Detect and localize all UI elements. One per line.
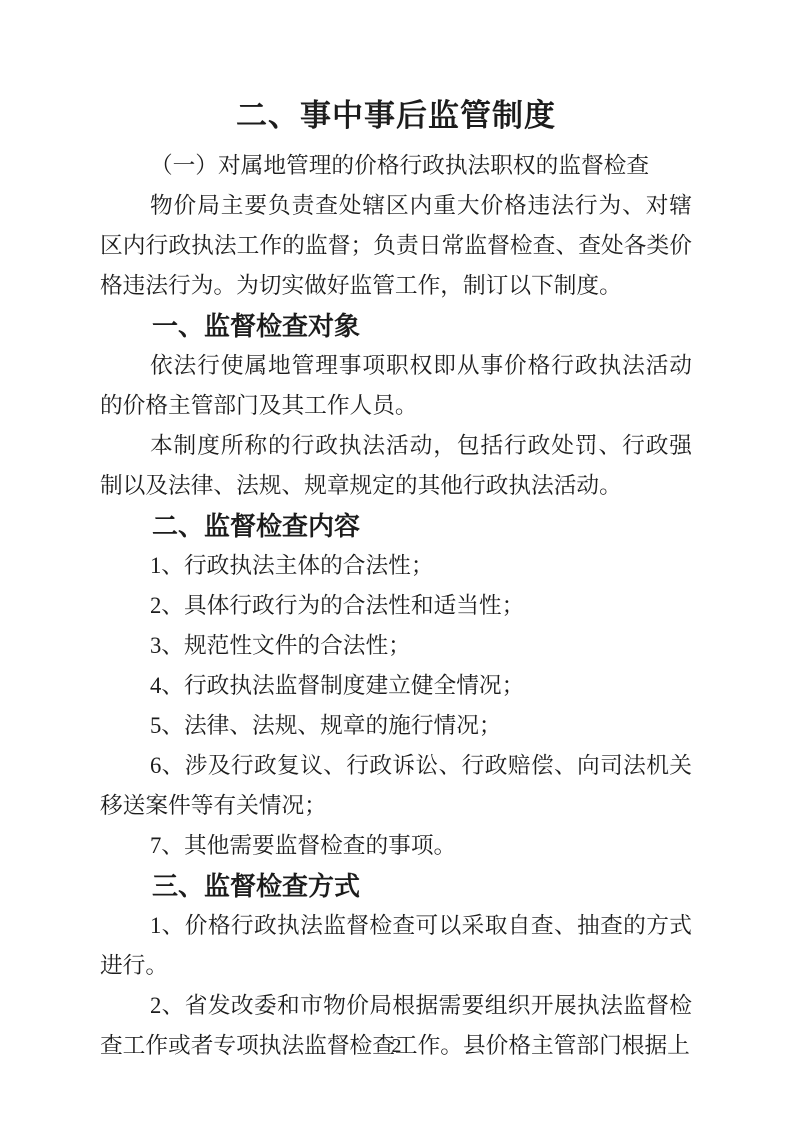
list-item-7: 7、其他需要监督检查的事项。 xyxy=(100,826,692,866)
page-number: 2 xyxy=(0,1032,793,1060)
document-page: 二、事中事后监管制度 （一）对属地管理的价格行政执法职权的监督检查 物价局主要负… xyxy=(0,0,793,1122)
list-item-6: 6、涉及行政复议、行政诉讼、行政赔偿、向司法机关移送案件等有关情况； xyxy=(100,746,692,826)
list-item-3: 3、规范性文件的合法性； xyxy=(100,626,692,666)
list-item-2: 2、具体行政行为的合法性和适当性； xyxy=(100,586,692,626)
paragraph-intro: 物价局主要负责查处辖区内重大价格违法行为、对辖区内行政执法工作的监督；负责日常监… xyxy=(100,186,692,306)
paragraph-targets-1: 依法行使属地管理事项职权即从事价格行政执法活动的价格主管部门及其工作人员。 xyxy=(100,346,692,426)
document-body: 二、事中事后监管制度 （一）对属地管理的价格行政执法职权的监督检查 物价局主要负… xyxy=(100,94,692,1066)
section-subtitle: （一）对属地管理的价格行政执法职权的监督检查 xyxy=(100,146,692,186)
heading-supervision-content: 二、监督检查内容 xyxy=(100,506,692,546)
list-item-4: 4、行政执法监督制度建立健全情况； xyxy=(100,666,692,706)
heading-supervision-methods: 三、监督检查方式 xyxy=(100,866,692,906)
heading-supervision-targets: 一、监督检查对象 xyxy=(100,306,692,346)
list-item-1: 1、行政执法主体的合法性； xyxy=(100,546,692,586)
paragraph-method-1: 1、价格行政执法监督检查可以采取自查、抽查的方式进行。 xyxy=(100,906,692,986)
list-item-5: 5、法律、法规、规章的施行情况； xyxy=(100,706,692,746)
document-title: 二、事中事后监管制度 xyxy=(100,94,692,138)
paragraph-targets-2: 本制度所称的行政执法活动，包括行政处罚、行政强制以及法律、法规、规章规定的其他行… xyxy=(100,426,692,506)
